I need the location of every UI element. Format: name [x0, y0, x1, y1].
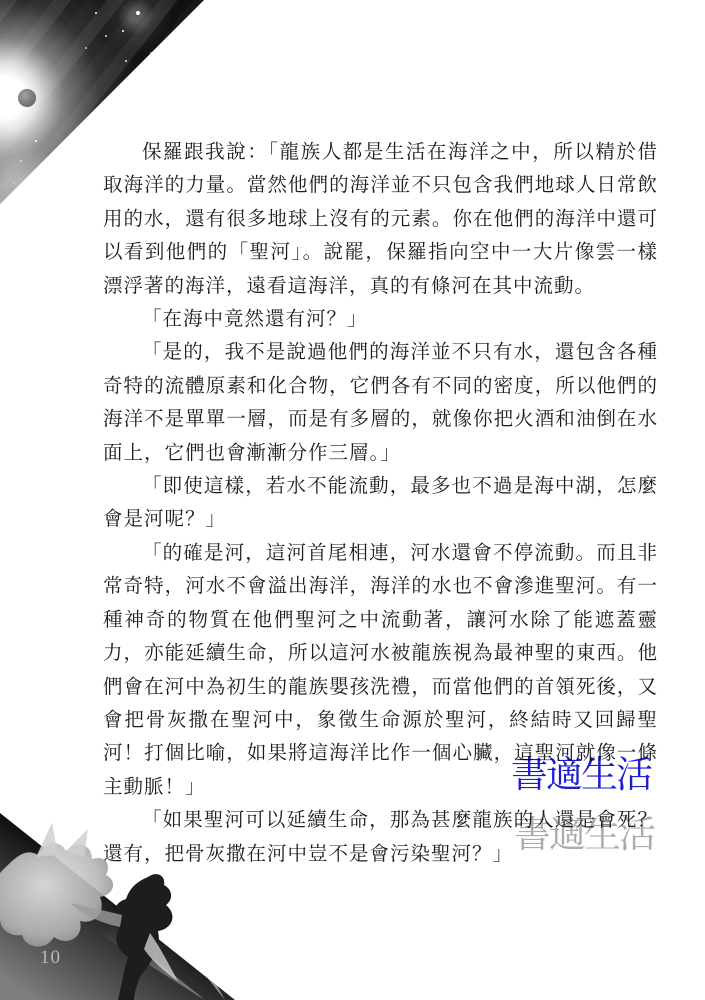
battle-scene-graphic — [0, 811, 240, 1000]
page-number: 10 — [40, 947, 61, 969]
paragraph-3: 「是的，我不是說過他們的海洋並不只有水，還包含各種奇特的流體原素和化合物，它們各… — [103, 336, 658, 470]
book-page: 保羅跟我說：「龍族人都是生活在海洋之中，所以精於借取海洋的力量。當然他們的海洋並… — [0, 0, 705, 1000]
paragraph-1: 保羅跟我說：「龍族人都是生活在海洋之中，所以精於借取海洋的力量。當然他們的海洋並… — [103, 136, 658, 303]
planet-dot-icon — [18, 89, 36, 107]
paragraph-2: 「在海中竟然還有河？」 — [103, 303, 658, 336]
paragraph-5: 「的確是河，這河首尾相連，河水還會不停流動。而且非常奇特，河水不會溢出海洋，海洋… — [103, 537, 658, 804]
body-text: 保羅跟我說：「龍族人都是生活在海洋之中，所以精於借取海洋的力量。當然他們的海洋並… — [103, 136, 658, 871]
paragraph-4: 「即使這樣，若水不能流動，最多也不過是海中湖，怎麼會是河呢？」 — [103, 470, 658, 537]
star-dots-icon — [95, 12, 97, 14]
bottom-left-corner-art: 10 — [0, 811, 240, 1000]
